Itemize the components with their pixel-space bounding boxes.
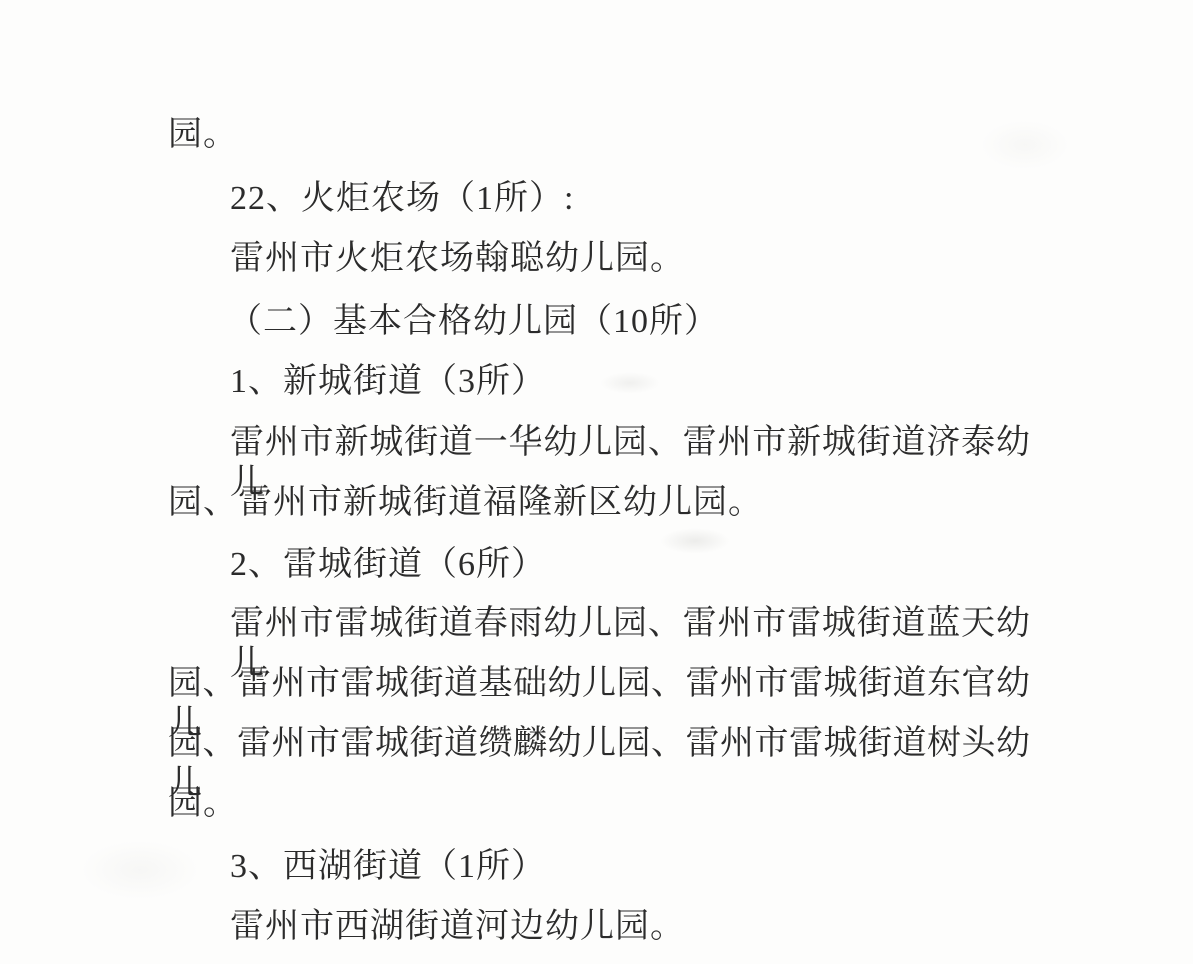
text-line-heading-3: 3、西湖街道（1所） [230, 847, 546, 887]
text-line-heading-2: 2、雷城街道（6所） [230, 545, 546, 585]
document-page: 园。 22、火炬农场（1所）: 雷州市火炬农场翰聪幼儿园。 （二）基本合格幼儿园… [0, 0, 1193, 964]
text-line-heading-22: 22、火炬农场（1所）: [230, 179, 574, 219]
text-line-body: 雷州市西湖街道河边幼儿园。 [230, 907, 685, 947]
scan-artifact [600, 372, 660, 394]
scan-artifact [660, 528, 730, 554]
text-line-continuation: 园、雷州市新城街道福隆新区幼儿园。 [168, 483, 763, 523]
text-line-heading-1: 1、新城街道（3所） [230, 362, 546, 402]
scan-artifact [80, 840, 200, 900]
scan-artifact [980, 120, 1070, 170]
text-line-continuation: 园。 [168, 115, 238, 155]
text-line-continuation: 园、雷州市雷城街道缵麟幼儿园、雷州市雷城街道树头幼儿 [168, 724, 1030, 804]
text-line-section-heading: （二）基本合格幼儿园（10所） [228, 302, 719, 342]
text-line-body: 雷州市火炬农场翰聪幼儿园。 [230, 239, 685, 279]
text-line-continuation: 园。 [168, 784, 238, 824]
